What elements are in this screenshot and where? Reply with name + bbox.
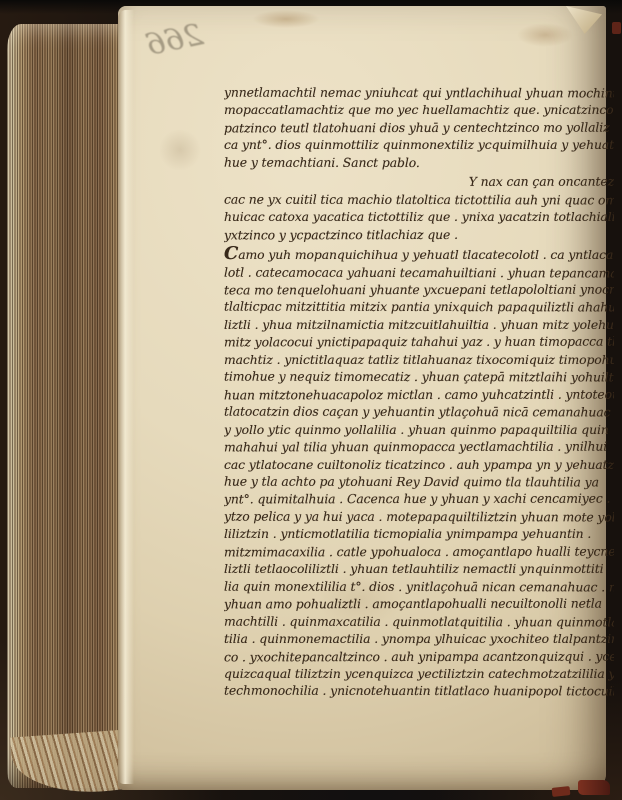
manuscript-line: liztli tetlaocoliliztli . yhuan tetlauht… [224, 560, 614, 577]
manuscript-line: cac ne yx cuitil tica machio tlatoltica … [224, 190, 614, 208]
manuscript-line: y yollo ytic quinmo yollalilia . yhuan q… [224, 421, 614, 438]
manuscript-text: ynnetlamachtil nemac yniuhcat qui yntlac… [224, 84, 614, 724]
manuscript-line: mitz yolacocui ynictipapaquiz tahahui ya… [224, 333, 614, 351]
manuscript-line: mitzmimacaxilia . catle ypohualoca . amo… [224, 542, 614, 560]
binding-red-speck [612, 22, 621, 34]
manuscript-line: yhuan amo pohualiztli . amoçantlapohuall… [224, 595, 614, 613]
manuscript-line: huan mitztonehuacapoloz mictlan . camo y… [224, 385, 614, 403]
binding-red-speck [578, 780, 610, 795]
manuscript-line: co . yxochitepancaltzinco . auh ynipampa… [224, 647, 614, 665]
binding-red-speck [552, 786, 571, 797]
manuscript-line: machtilli . quinmaxcatilia . quinmotlatq… [224, 612, 614, 630]
manuscript-line: tlatocatzin dios caçan y yehuantin ytlaç… [224, 403, 614, 421]
manuscript-line: mahahui yal tilia yhuan quinmopacca yect… [224, 438, 614, 456]
page-fold-highlight [118, 10, 134, 784]
manuscript-line: mopaccatlamachtiz que mo yec huellamacht… [224, 101, 614, 118]
manuscript-line: cac ytlatocane cuiltonoliz ticatzinco . … [224, 456, 614, 473]
manuscript-line: timohue y nequiz timomecatiz . yhuan çat… [224, 368, 614, 386]
manuscript-line: ytzo pelica y ya hui yaca . motepapaquil… [224, 507, 614, 525]
manuscript-line: Y nax can çan oncantez [224, 173, 614, 191]
manuscript-line: ca ynt°. dios quinmottiliz quinmonextili… [224, 136, 614, 153]
manuscript-line: liztli . yhua mitzilnamictia mitzcuitlah… [224, 316, 614, 333]
manuscript-line: tilia . quinmonemactilia . ynompa ylhuic… [224, 630, 614, 647]
manuscript-line: hue y tla achto pa ytohuani Rey David qu… [224, 473, 614, 491]
manuscript-line: yxtzinco y ycpactzinco titlachiaz que . [224, 225, 614, 243]
manuscript-line: lia quin monextililia t°. dios . ynitlaç… [224, 577, 614, 595]
manuscript-photo: 266 ynnetlamachtil nemac yniuhcat qui yn… [0, 0, 622, 800]
manuscript-line: tlalticpac mitzittitia mitzix pantia yni… [224, 298, 614, 316]
manuscript-line: ynt°. quimitalhuia . Cacenca hue y yhuan… [224, 490, 614, 508]
manuscript-line: lotl . catecamocaca yahuani tecamahuilti… [224, 263, 614, 281]
manuscript-line: teca mo tenquelohuani yhuante yxcuepani … [224, 281, 614, 299]
manuscript-line: hue y temachtiani. Sanct pablo. [224, 153, 614, 171]
manuscript-line: huicac catoxa yacatica tictottiliz que .… [224, 208, 614, 225]
manuscript-line: Camo yuh mopanquichihua y yehuatl tlacat… [224, 245, 614, 263]
manuscript-line: ynnetlamachtil nemac yniuhcat qui yntlac… [224, 84, 614, 102]
manuscript-line: machtiz . ynictitlaquaz tatliz titlahuan… [224, 351, 614, 368]
manuscript-line: patzinco teutl tlatohuani dios yhuā y ce… [224, 118, 614, 136]
manuscript-line: techmonochilia . ynicnotehuantin titlatl… [224, 682, 614, 700]
manuscript-line: liliztzin . ynticmotlatilia ticmopialia … [224, 525, 614, 542]
manuscript-line: quizcaqual tiliztzin ycenquizca yectiliz… [224, 665, 614, 682]
